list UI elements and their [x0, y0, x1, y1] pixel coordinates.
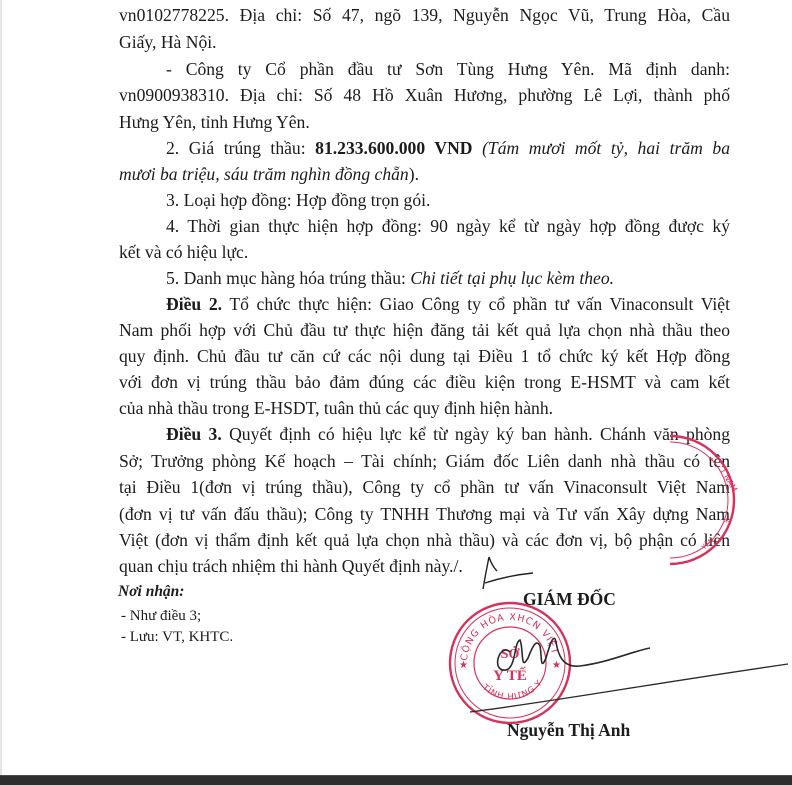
- goods-list-line: 5. Danh mục hàng hóa trúng thầu: Chi tiế…: [166, 268, 614, 288]
- article-3-heading: Điều 3.: [166, 424, 222, 444]
- svg-text:Y TẾ: Y TẾ: [493, 667, 527, 684]
- punctuation: ).: [409, 164, 419, 184]
- article-3-line: Điều 3. Quyết định có hiệu lực kể từ ngà…: [166, 424, 730, 444]
- article-3-line: Việt (đơn vị thẩm định kết quả lựa chọn …: [119, 530, 730, 550]
- text-line: vn0102778225. Địa chỉ: Số 47, ngõ 139, N…: [119, 5, 730, 25]
- article-2-line: của nhà thầu trong E-HSDT, tuân thủ các …: [119, 398, 553, 418]
- svg-text:★: ★: [459, 660, 468, 671]
- bid-price-line: 2. Giá trúng thầu: 81.233.600.000 VND (T…: [166, 138, 730, 158]
- document-page: vn0102778225. Địa chỉ: Số 47, ngõ 139, N…: [0, 0, 792, 775]
- bid-price-words-cont: mươi ba triệu, sáu trăm nghìn đồng chẵn: [119, 164, 409, 184]
- contract-type-line: 3. Loại hợp đồng: Hợp đồng trọn gói.: [166, 190, 430, 210]
- article-2-line: với đơn vị trúng thầu bảo đảm đúng các đ…: [119, 372, 730, 392]
- article-3-line: quan chịu trách nhiệm thi hành Quyết địn…: [119, 556, 463, 576]
- bid-price-label: 2. Giá trúng thầu:: [166, 138, 315, 158]
- text-line: vn0900938310. Địa chỉ: Số 48 Hồ Xuân Hươ…: [119, 85, 730, 105]
- goods-list-label: 5. Danh mục hàng hóa trúng thầu:: [166, 268, 410, 288]
- article-2-line: Nam phối hợp với Chủ đầu tư thực hiện đă…: [119, 320, 730, 340]
- article-3-text: Quyết định có hiệu lực kể từ ngày ký ban…: [222, 424, 730, 444]
- text-line: - Công ty Cổ phần đầu tư Sơn Tùng Hưng Y…: [166, 59, 730, 79]
- text-line: Giấy, Hà Nội.: [119, 32, 217, 52]
- recipient-item: - Lưu: VT, KHTC.: [121, 629, 233, 646]
- svg-text:★: ★: [552, 660, 561, 671]
- initial-mark-icon: [477, 553, 547, 593]
- article-2-heading: Điều 2.: [166, 294, 222, 314]
- article-2-line: Điều 2. Tổ chức thực hiện: Giao Công ty …: [166, 294, 730, 314]
- svg-text:T NAM: T NAM: [718, 466, 739, 494]
- recipients-title: Nơi nhận:: [118, 583, 184, 601]
- svg-text:SỞ: SỞ: [501, 645, 521, 662]
- signer-name: Nguyễn Thị Anh: [507, 720, 630, 741]
- bid-price-amount: 81.233.600.000 VND: [315, 138, 472, 158]
- recipient-item: - Như điều 3;: [121, 608, 201, 625]
- contract-duration-line-2: kết và có hiệu lực.: [119, 242, 248, 262]
- stamp-edge-icon: T NAM * YÊN: [670, 430, 740, 570]
- svg-text:*: *: [724, 516, 730, 529]
- goods-list-detail: Chi tiết tại phụ lục kèm theo.: [410, 268, 614, 288]
- article-2-text: Tổ chức thực hiện: Giao Công ty cổ phần …: [222, 294, 730, 314]
- bid-price-line-2: mươi ba triệu, sáu trăm nghìn đồng chẵn)…: [119, 164, 419, 184]
- article-2-line: quy định. Chủ đầu tư căn cứ các nội dung…: [119, 346, 730, 366]
- article-3-line: tại Điều 1(đơn vị trúng thầu), Công ty c…: [119, 477, 730, 497]
- official-seal-icon: CỘNG HÒA XHCN VIỆT NAM TỈNH HƯNG YÊN ★ ★…: [447, 600, 573, 726]
- text-line: Hưng Yên, tỉnh Hưng Yên.: [119, 112, 310, 132]
- article-3-line: (đơn vị tư vấn đấu thầu); Công ty TNHH T…: [119, 504, 730, 524]
- bid-price-words: (Tám mươi mốt tỷ, hai trăm ba: [482, 138, 730, 158]
- viewer-bottom-bar: [0, 775, 792, 785]
- article-3-line: Sở; Trưởng phòng Kế hoạch – Tài chính; G…: [119, 451, 730, 471]
- contract-duration-line: 4. Thời gian thực hiện hợp đồng: 90 ngày…: [166, 216, 730, 236]
